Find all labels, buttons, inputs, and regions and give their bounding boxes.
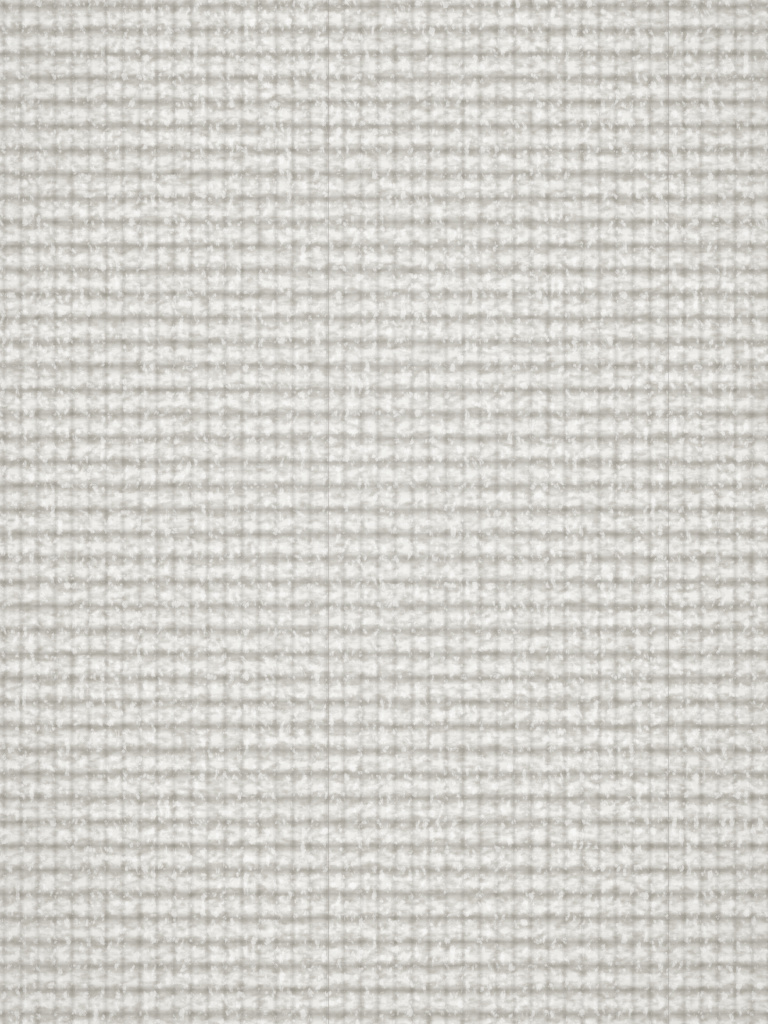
fabric-texture: woven bouclé fabric texture: [0, 0, 768, 1024]
lighting-vignette: [0, 0, 768, 1024]
